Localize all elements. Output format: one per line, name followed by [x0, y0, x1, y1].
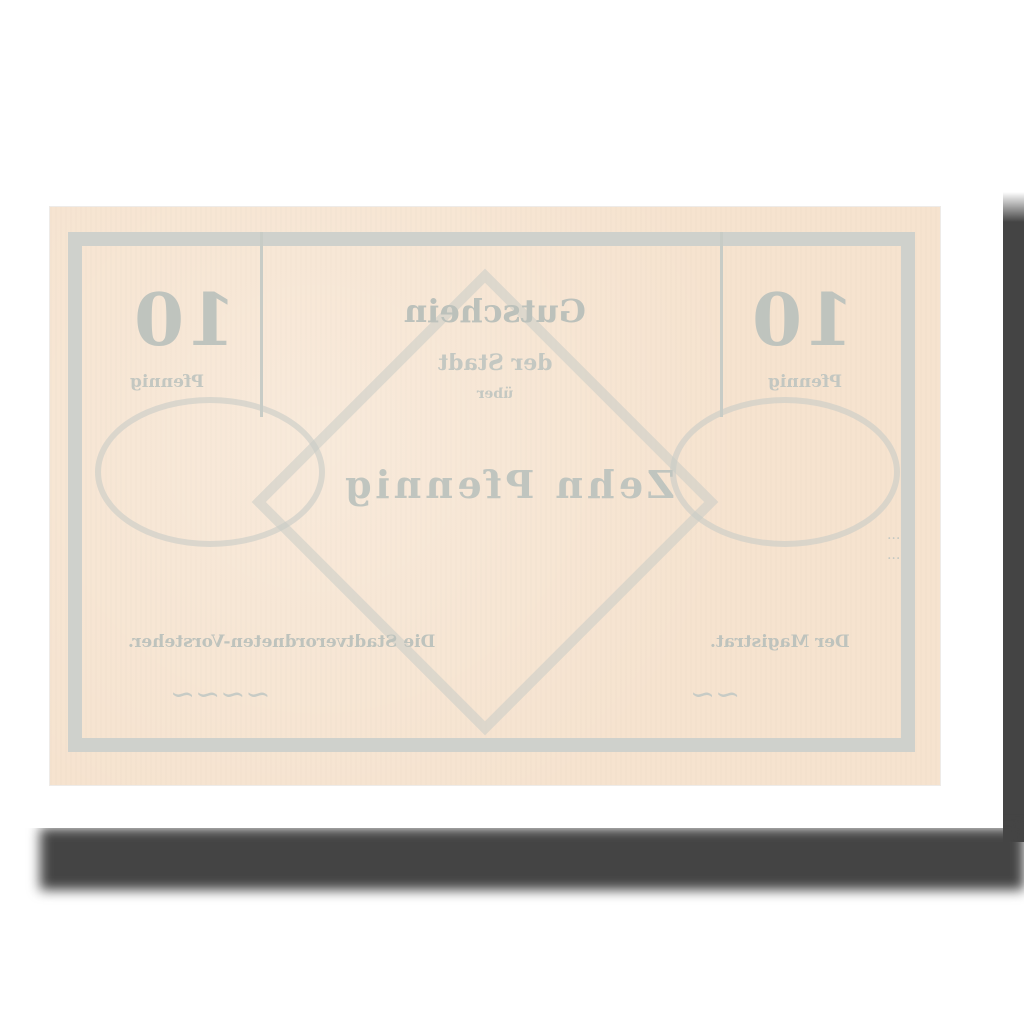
photo-drop-shadow-bottom: [40, 828, 1024, 890]
issuer-line: der Stadt: [280, 350, 710, 376]
amount-text: Zehn Pfennig: [118, 462, 898, 507]
over-label: über: [280, 386, 710, 402]
center-text: Gutschein der Stadt über: [280, 292, 710, 402]
photo-drop-shadow-right: [1003, 192, 1024, 842]
signature-left: ~~~~: [170, 677, 271, 712]
note-title: Gutschein: [280, 292, 710, 330]
denomination-right: 10: [750, 277, 854, 362]
unit-right: Pfennig: [768, 372, 842, 392]
notice-text: ... ...: [590, 525, 900, 565]
signer-right: Der Magistrat.: [710, 632, 850, 652]
right-panel-divider: [720, 232, 723, 417]
denomination-left: 10: [132, 277, 236, 362]
unit-left: Pfennig: [130, 372, 204, 392]
banknote: 10 10 Pfennig Pfennig Gutschein der Stad…: [50, 207, 940, 785]
left-panel-divider: [260, 232, 263, 417]
signer-left: Die Stadtverordneten-Vorsteher.: [128, 632, 435, 652]
signature-right: ~~: [690, 677, 740, 712]
